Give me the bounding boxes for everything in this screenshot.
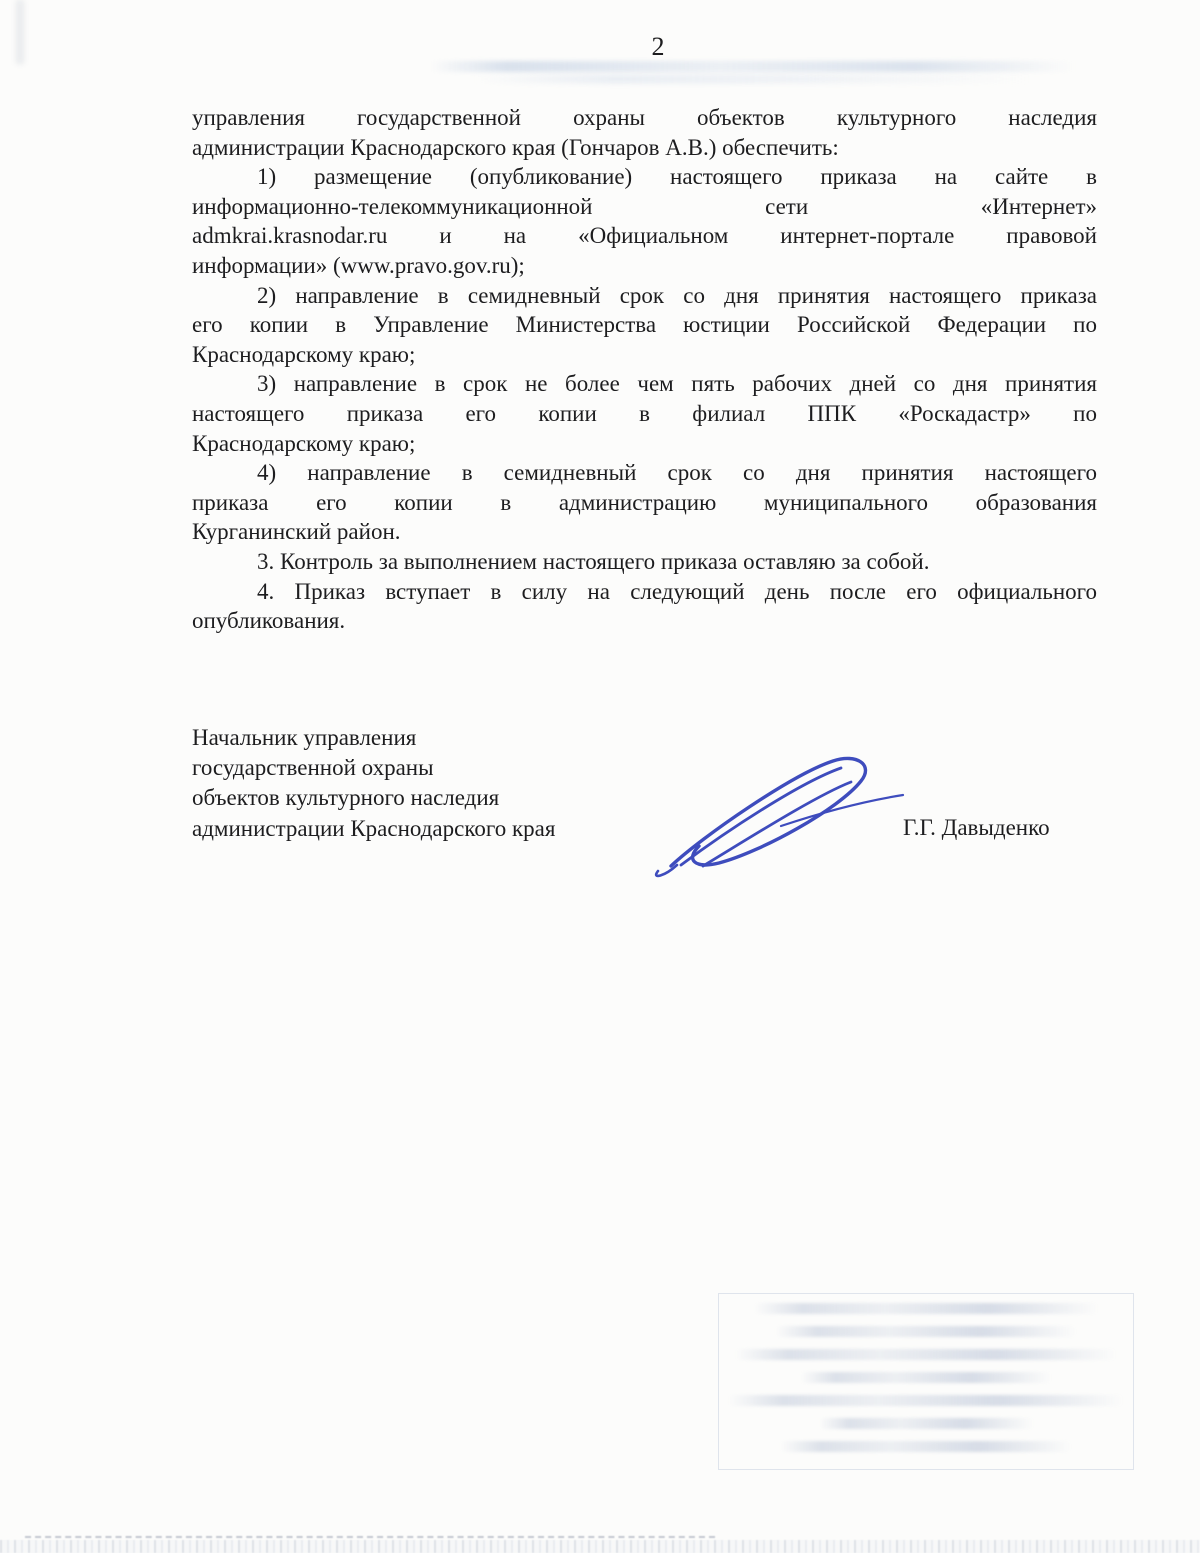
body-line: 4. Приказ вступает в силу на следующий д…	[192, 577, 1097, 607]
handwritten-signature	[643, 744, 908, 884]
document-page: 2 управления государственной охраны объе…	[0, 0, 1200, 1553]
body-line: admkrai.krasnodar.ru и на «Официальном и…	[192, 221, 1097, 251]
page-number: 2	[643, 32, 673, 62]
body-line: Краснодарскому краю;	[192, 340, 1097, 370]
document-body: управления государственной охраны объект…	[192, 103, 1097, 636]
body-line: управления государственной охраны объект…	[192, 103, 1097, 133]
scan-edge-smudge	[16, 0, 24, 64]
body-line: Курганинский район.	[192, 517, 1097, 547]
bleedthrough-smudge-line	[754, 1303, 1099, 1314]
scan-artifact-line	[25, 1536, 715, 1538]
bleedthrough-smudge-line	[775, 1326, 1077, 1337]
signatory-title: Начальник управлениягосударственной охра…	[192, 723, 652, 844]
bleedthrough-smudge-line	[735, 1349, 1117, 1360]
body-line: информации» (www.pravo.gov.ru);	[192, 251, 1097, 281]
bleedthrough-smudge-line	[728, 1395, 1124, 1406]
body-line: его копии в Управление Министерства юсти…	[192, 310, 1097, 340]
signatory-title-line: Начальник управления	[192, 723, 652, 753]
signatory-title-line: государственной охраны	[192, 753, 652, 783]
bleedthrough-smudge-line	[819, 1418, 1034, 1429]
signatory-name: Г.Г. Давыденко	[903, 815, 1050, 841]
scan-artifact-band	[0, 1540, 1200, 1553]
body-line: 1) размещение (опубликование) настоящего…	[192, 162, 1097, 192]
signatory-title-line: объектов культурного наследия	[192, 783, 652, 813]
body-line: настоящего приказа его копии в филиал ПП…	[192, 399, 1097, 429]
bleedthrough-smudge-line	[780, 1441, 1072, 1452]
body-line: 2) направление в семидневный срок со дня…	[192, 281, 1097, 311]
body-line: информационно-телекоммуникационной сети …	[192, 192, 1097, 222]
bleedthrough-text-block	[718, 1293, 1134, 1470]
body-line: администрации Краснодарского края (Гонча…	[192, 133, 1097, 163]
body-line: Краснодарскому краю;	[192, 429, 1097, 459]
body-line: приказа его копии в администрацию муници…	[192, 488, 1097, 518]
body-line: 4) направление в семидневный срок со дня…	[192, 458, 1097, 488]
body-line: 3. Контроль за выполнением настоящего пр…	[192, 547, 1097, 577]
bleedthrough-smudge-line	[800, 1372, 1052, 1383]
body-line: опубликования.	[192, 606, 1097, 636]
signatory-title-line: администрации Краснодарского края	[192, 814, 652, 844]
body-line: 3) направление в срок не более чем пять …	[192, 369, 1097, 399]
bleedthrough-smudge	[430, 61, 1075, 72]
bleedthrough-smudge	[475, 75, 1030, 83]
